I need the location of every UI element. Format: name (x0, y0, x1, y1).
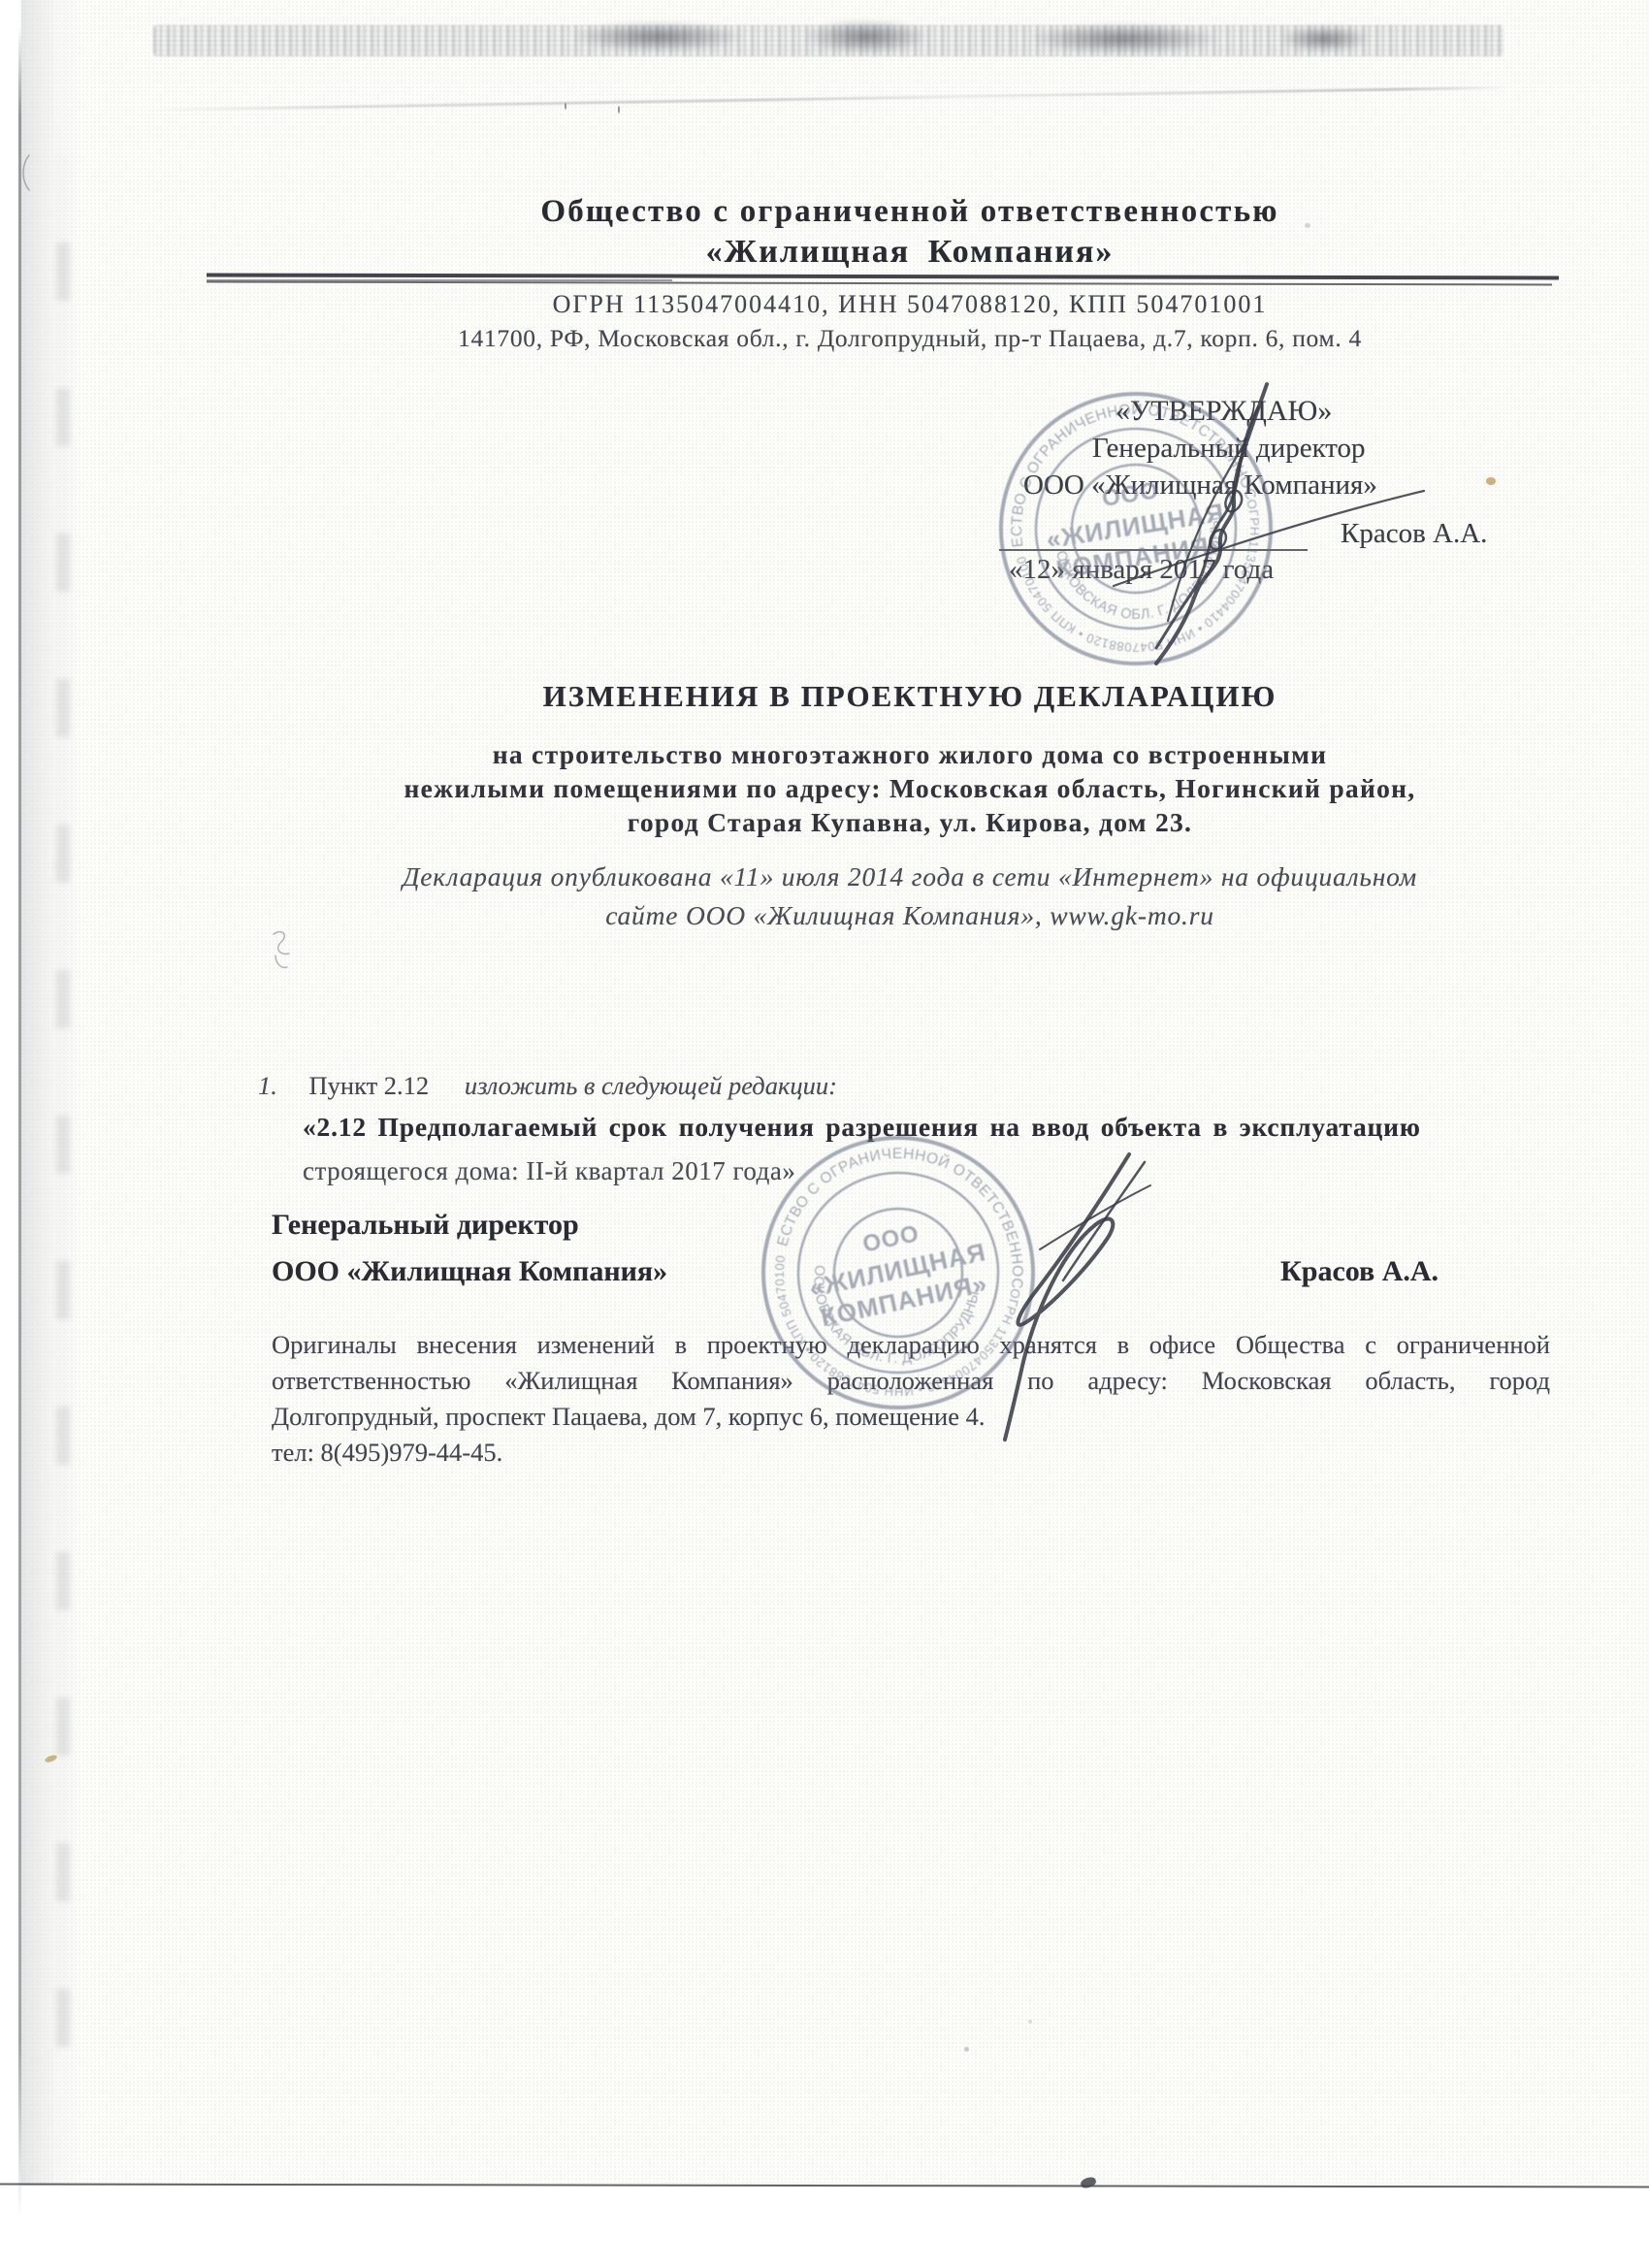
scan-tick (618, 106, 620, 113)
paper-speck (1028, 2020, 1032, 2024)
scan-noise-blob (1026, 23, 1220, 54)
approval-signer-name: Красов А.А. (1341, 518, 1487, 550)
header-rule-overlap (207, 279, 672, 281)
footer-phone-line: тел: 8(495)979-44-45. (272, 1435, 1550, 1471)
document-title: ИЗМЕНЕНИЯ В ПРОЕКТНУЮ ДЕКЛАРАЦИЮ (262, 679, 1558, 714)
stamp-center-line-1: ООО (1100, 477, 1161, 512)
subtitle-line-2: нежилыми помещениями по адресу: Московск… (262, 773, 1558, 804)
scan-left-shadow (21, 0, 81, 2186)
signature-block-company: ООО «Жилищная Компания» (272, 1255, 667, 1288)
published-note-line-1: Декларация опубликована «11» июля 2014 г… (262, 861, 1558, 892)
subtitle-line-3: город Старая Купавна, ул. Кирова, дом 23… (262, 807, 1558, 838)
paper-speck (1486, 477, 1496, 485)
amendment-intro: 1. Пункт 2.12 изложить в следующей редак… (258, 1071, 837, 1101)
signature-block-signer: Красов А.А. (1280, 1255, 1439, 1288)
amendment-text-rest: строящегося дома: II-й квартал 2017 года… (303, 1156, 795, 1186)
company-round-stamp-top: ОБЩЕСТВО С ОГРАНИЧЕННОЙ ОТВЕТСТВЕННОСТЬЮ… (990, 383, 1281, 674)
published-note-line-2: сайте ООО «Жилищная Компания», www.gk-mo… (262, 900, 1558, 931)
company-round-stamp-bottom: ОБЩЕСТВО С ОГРАНИЧЕННОЙ ОТВЕТСТВЕННОСТЬЮ… (753, 1127, 1044, 1418)
subtitle-line-1: на строительство многоэтажного жилого до… (262, 739, 1558, 770)
scan-left-smear (56, 155, 70, 2047)
scan-noise-blob (570, 21, 745, 52)
scan-tick (565, 103, 566, 110)
scan-noise-blob (1278, 25, 1371, 52)
company-address-line: 141700, РФ, Московская обл., г. Долгопру… (262, 324, 1558, 353)
amendment-clause-ref: Пункт 2.12 (309, 1071, 430, 1100)
paper-speck (964, 2047, 969, 2052)
scan-left-edge-line (18, 27, 21, 2218)
scanned-document-page: Общество с ограниченной ответственностью… (0, 0, 1649, 2268)
amendment-number: 1. (258, 1071, 277, 1100)
org-name-line-1: Общество с ограниченной ответственностью (262, 194, 1558, 230)
amendment-instruction: изложить в следующей редакции: (465, 1071, 837, 1100)
registration-numbers-line: ОГРН 1135047004410, ИНН 5047088120, КПП … (262, 290, 1558, 319)
org-name-line-2: «Жилищная Компания» (262, 234, 1558, 271)
scan-noise-blob (803, 19, 929, 54)
signature-block-position: Генеральный директор (272, 1209, 579, 1242)
